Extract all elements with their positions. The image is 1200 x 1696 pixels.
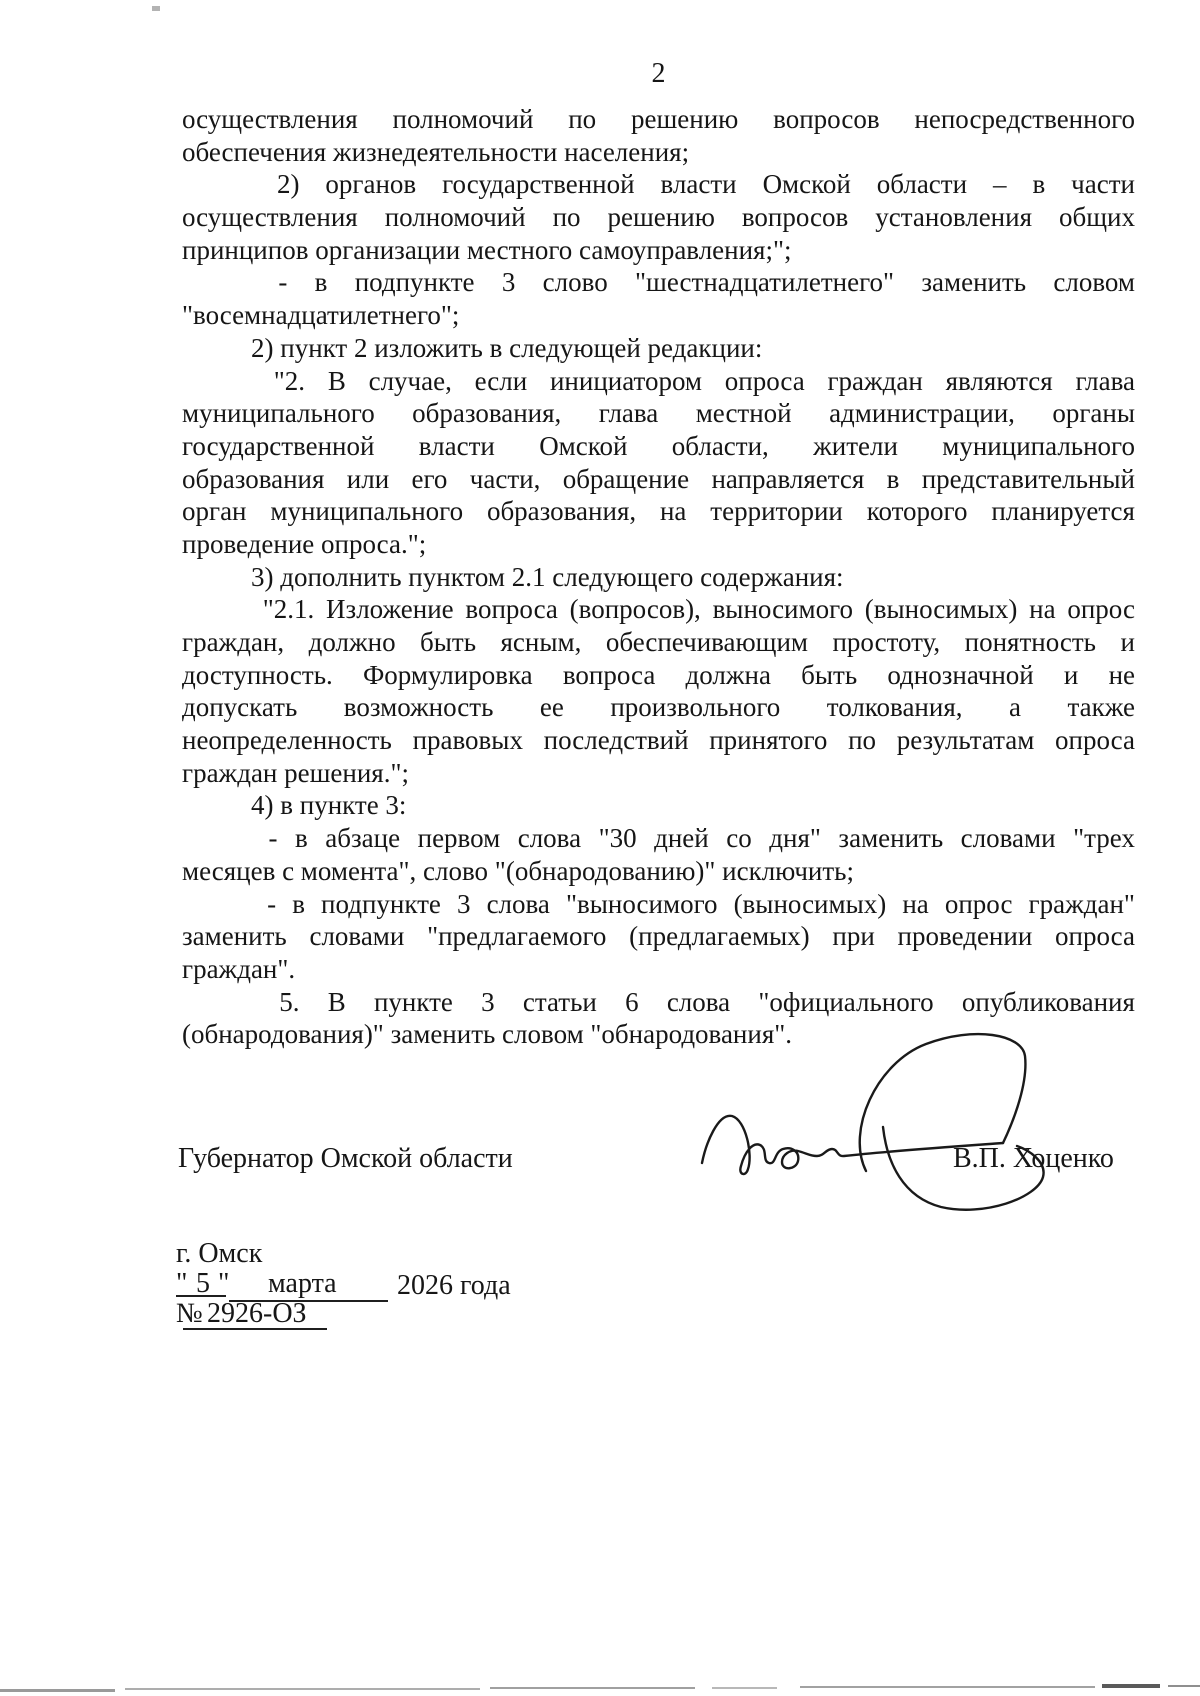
number-sign: №: [176, 1298, 203, 1330]
body-line: граждан".: [182, 953, 1135, 986]
body-line: граждан,должнобытьясным,обеспечивающимпр…: [182, 626, 1135, 659]
page-number: 2: [182, 58, 1135, 90]
body-line: проведение опроса.";: [182, 528, 1135, 561]
scan-edge-line: [1168, 1685, 1200, 1687]
body-line: "восемнадцатилетнего";: [182, 299, 1135, 332]
body-line: муниципальногообразования,главаместнойад…: [182, 397, 1135, 430]
body-line: органмуниципальногообразования,натеррито…: [182, 495, 1135, 528]
body-line: доступность.Формулировкавопросадолжнабыт…: [182, 659, 1135, 692]
footer-month: марта: [268, 1268, 337, 1300]
body-line: (обнародования)" заменить словом "обнаро…: [182, 1018, 1135, 1051]
paragraph-indent: [182, 1010, 251, 1011]
document-page: 2 осуществленияполномочийпорешениювопрос…: [0, 0, 1200, 1696]
body-line: 5.Впункте3статьи6слова"официальногоопубл…: [182, 986, 1135, 1019]
document-number: 2926-ОЗ: [207, 1298, 307, 1330]
scan-edge-line: [800, 1686, 1095, 1688]
body-line: 4) в пункте 3:: [182, 789, 1135, 822]
body-line: -вабзацепервомслова"30днейсодня"заменить…: [182, 822, 1135, 855]
body-line: 2) пункт 2 изложить в следующей редакции…: [182, 332, 1135, 365]
body-line: принципов организации местного самоуправ…: [182, 234, 1135, 267]
body-text: осуществленияполномочийпорешениювопросов…: [182, 103, 1135, 1051]
body-line: месяцев с момента", слово "(обнародовани…: [182, 855, 1135, 888]
body-line: неопределенностьправовыхпоследствийприня…: [182, 724, 1135, 757]
body-line: осуществленияполномочийпорешениювопросов…: [182, 201, 1135, 234]
footer-year: 2026 года: [397, 1270, 511, 1302]
day-underline: [176, 1295, 226, 1297]
scan-edge-line: [712, 1687, 777, 1689]
body-line: 2)органовгосударственнойвластиОмскойобла…: [182, 168, 1135, 201]
body-line: граждан решения.";: [182, 757, 1135, 790]
paragraph-indent: [182, 389, 251, 390]
body-line: обеспечения жизнедеятельности населения;: [182, 136, 1135, 169]
body-line: -вподпункте3слово"шестнадцатилетнего"зам…: [182, 266, 1135, 299]
signatory-title: Губернатор Омской области: [178, 1143, 513, 1175]
footer-city: г. Омск: [176, 1238, 262, 1270]
signatory-name: В.П. Хоценко: [953, 1143, 1114, 1175]
paragraph-indent: [182, 617, 251, 618]
number-underline: [183, 1328, 327, 1330]
body-line: осуществленияполномочийпорешениювопросов…: [182, 103, 1135, 136]
paragraph-indent: [182, 290, 251, 291]
body-line: допускатьвозможностьеепроизвольноготолко…: [182, 691, 1135, 724]
scan-edge-line: [490, 1687, 695, 1689]
body-line: государственнойвластиОмскойобласти,жител…: [182, 430, 1135, 463]
body-line: образованияилиегочасти,обращениенаправля…: [182, 463, 1135, 496]
body-line: "2.1.Изложениевопроса(вопросов),выносимо…: [182, 593, 1135, 626]
scan-edge-line: [125, 1688, 480, 1690]
body-line: 3) дополнить пунктом 2.1 следующего соде…: [182, 561, 1135, 594]
paragraph-indent: [182, 192, 251, 193]
body-line: заменитьсловами"предлагаемого(предлагаем…: [182, 920, 1135, 953]
scan-artifact-speck: [152, 6, 160, 11]
month-underline: [229, 1300, 388, 1302]
paragraph-indent: [182, 912, 251, 913]
signature-autograph: [690, 1025, 1150, 1220]
body-line: "2.Вслучае,еслиинициаторомопросагражданя…: [182, 365, 1135, 398]
scan-edge-line: [1102, 1684, 1160, 1688]
body-line: -вподпункте3слова"выносимого(выносимых)н…: [182, 888, 1135, 921]
paragraph-indent: [182, 846, 251, 847]
scan-edge-line: [0, 1689, 115, 1692]
